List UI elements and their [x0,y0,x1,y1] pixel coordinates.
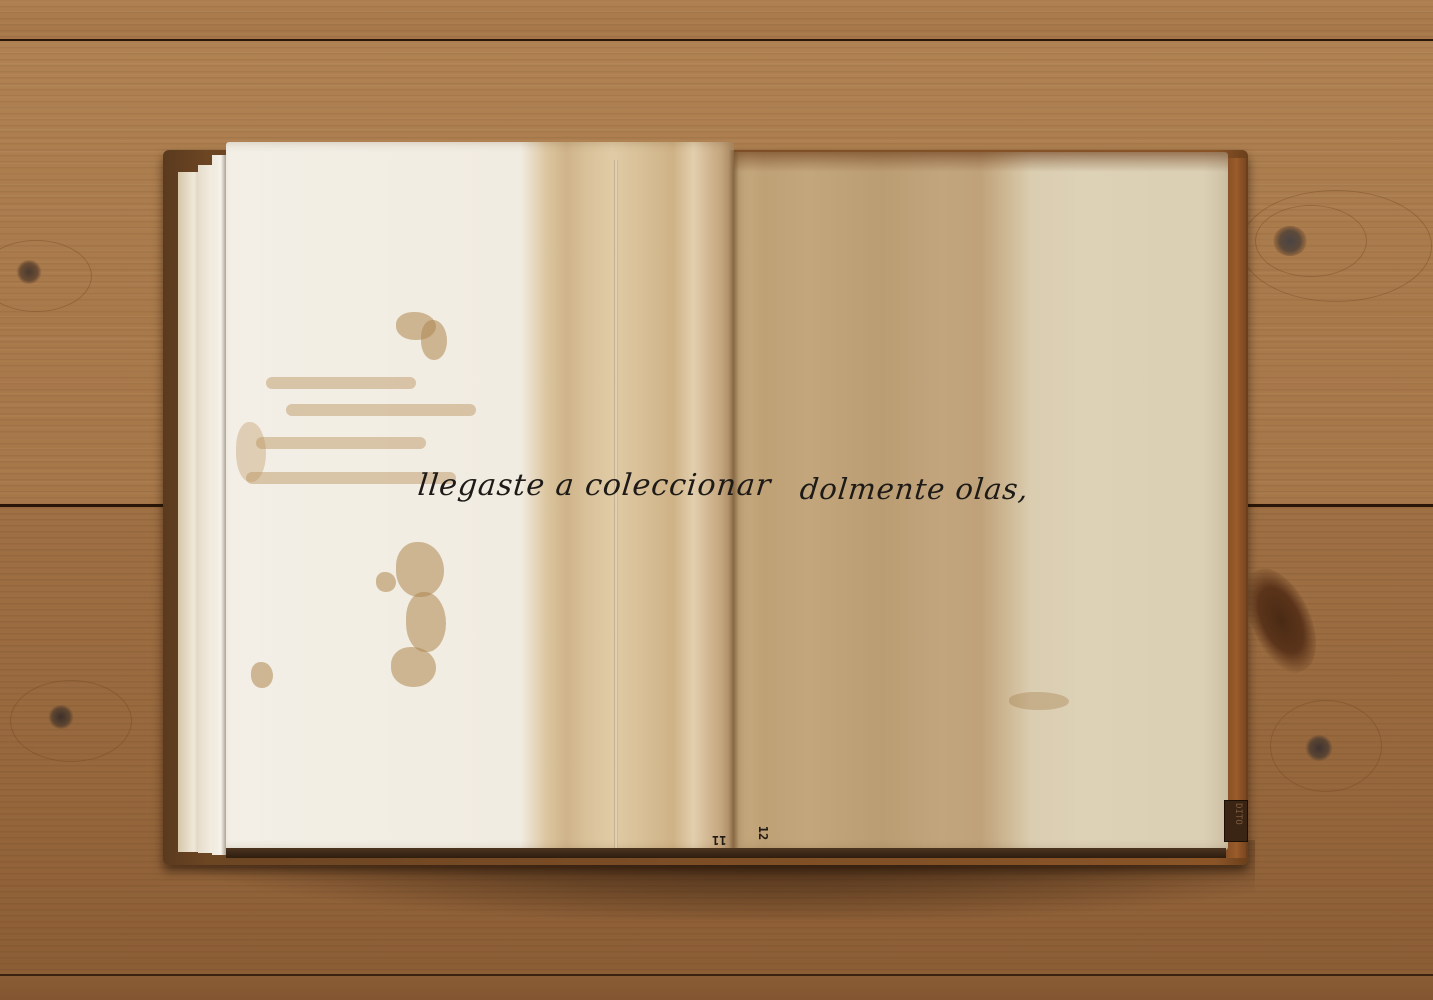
coffee-stain [251,662,273,688]
page-number-left: 11 [712,833,726,847]
book-bottom-edge [226,848,1226,858]
coffee-stain [1009,692,1069,710]
wood-knot [48,705,74,729]
drip-stain [256,437,426,449]
floor-plank [0,0,1433,39]
handwritten-text-right: dolmente olas, [798,472,1030,506]
coffee-stain [406,592,446,652]
coffee-stain [391,647,436,687]
floor-plank [0,976,1433,1000]
wood-knot [1273,226,1307,256]
edge-stamp-text: DITO [1233,803,1243,825]
coffee-stain [396,542,444,597]
edge-stamp: DITO [1224,800,1248,842]
drip-stain [266,377,416,389]
coffee-stain [421,320,447,360]
wood-knot [16,260,42,284]
page-fold [614,160,618,850]
page-number-right: 12 [756,826,770,840]
drip-stain [286,404,476,416]
coffee-stain [376,572,396,592]
handwritten-text-left: llegaste a coleccionar [416,468,773,503]
coffee-stain [236,422,266,482]
wood-grain [1240,190,1432,302]
wood-knot [1305,735,1333,761]
